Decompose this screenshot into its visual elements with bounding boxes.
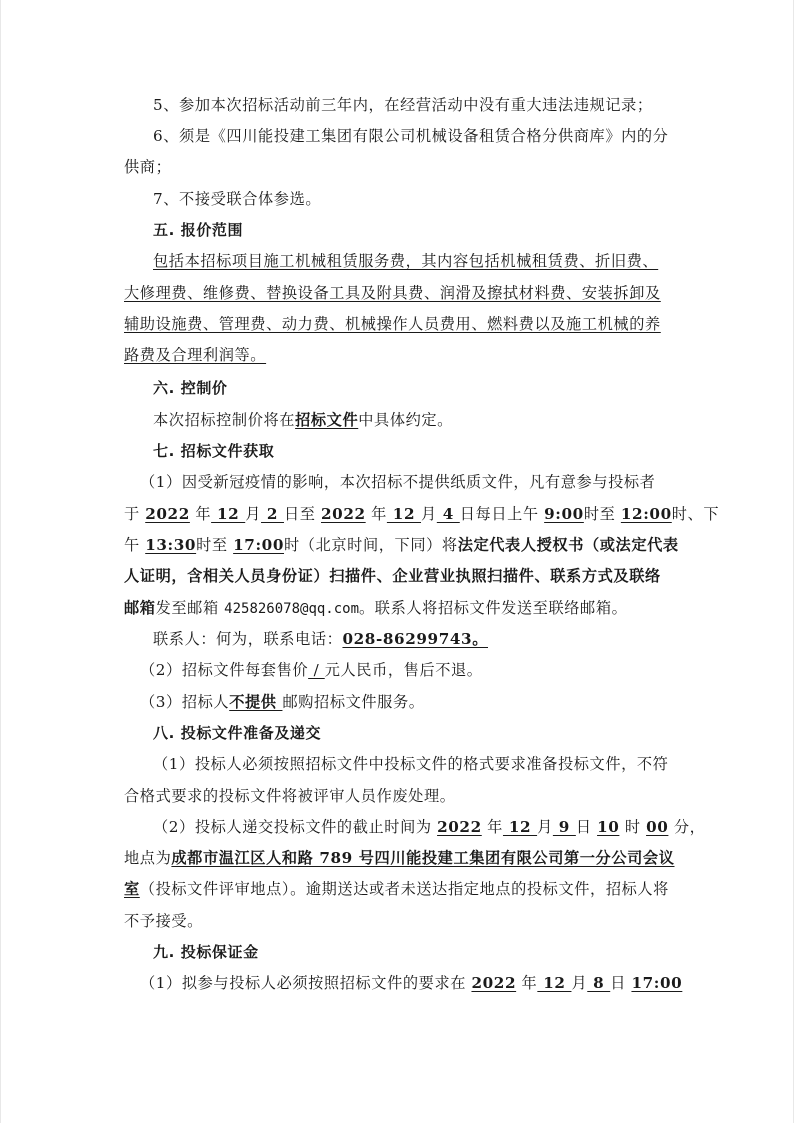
text: 时（北京时间，下同）将 bbox=[284, 536, 458, 554]
deadline-minute: 00 bbox=[646, 818, 668, 836]
section-7-p1-line-5: 邮箱发至邮箱 425826078@qq.com。联系人将招标文件发送至联络邮箱。 bbox=[124, 596, 672, 620]
section-5-heading: 五. 报价范围 bbox=[153, 218, 701, 242]
text: 年 bbox=[190, 505, 211, 523]
morning-end-time: 12:00 bbox=[621, 505, 672, 523]
deposit-day: 8 bbox=[587, 974, 610, 992]
mail-order-status: 不提供 bbox=[229, 693, 282, 711]
item-6-line-2: 供商； bbox=[124, 155, 672, 179]
text: 日至 bbox=[284, 505, 321, 523]
section-7-p1-line-4: 人证明，含相关人员身份证）扫描件、企业营业执照扫描件、联系方式及联络 bbox=[124, 564, 672, 588]
end-month: 12 bbox=[387, 505, 421, 523]
text: 日 bbox=[576, 818, 597, 836]
section-5-line-4: 路费及合理利润等。 bbox=[124, 343, 672, 367]
deadline-year: 2022 bbox=[437, 818, 482, 836]
text: 月 bbox=[537, 818, 553, 836]
afternoon-end-time: 17:00 bbox=[233, 536, 284, 554]
text: 午 bbox=[124, 536, 145, 554]
section-6-heading: 六. 控制价 bbox=[153, 376, 701, 400]
section-5-line-1: 包括本招标项目施工机械租赁服务费，其内容包括机械租赁费、折旧费、 bbox=[153, 249, 701, 273]
deposit-month: 12 bbox=[537, 974, 571, 992]
section-6-prefix: 本次招标控制价将在 bbox=[153, 411, 295, 429]
document-price: / bbox=[308, 661, 325, 679]
item-7: 7、不接受联合体参选。 bbox=[153, 187, 701, 211]
contact-phone: 028-86299743。 bbox=[342, 630, 488, 648]
text: 于 bbox=[124, 505, 145, 523]
section-9-heading: 九. 投标保证金 bbox=[153, 940, 701, 964]
text: 分， bbox=[668, 818, 705, 836]
email-link[interactable]: 425826078@qq.com bbox=[224, 601, 359, 617]
deadline-hour: 10 bbox=[597, 818, 619, 836]
item-6-line-1: 6、须是《四川能投建工集团有限公司机械设备租赁合格分供商库》内的分 bbox=[153, 124, 701, 148]
text: 日每日上午 bbox=[460, 505, 544, 523]
item-5: 5、参加本次招标活动前三年内，在经营活动中没有重大违法违规记录； bbox=[153, 93, 701, 117]
contact-label: 联系人：何为，联系电话： bbox=[153, 630, 342, 648]
text: （1）拟参与投标人必须按照招标文件的要求在 bbox=[140, 974, 471, 992]
section-8-p2-line-1: （2）投标人递交投标文件的截止时间为 2022 年 12 月 9 日 10 时 … bbox=[153, 815, 701, 839]
section-8-p2-line-4: 不予接受。 bbox=[124, 909, 672, 933]
start-year: 2022 bbox=[145, 505, 190, 523]
text: 邮购招标文件服务。 bbox=[282, 693, 424, 711]
start-month: 12 bbox=[211, 505, 245, 523]
section-5-line-2: 大修理费、维修费、替换设备工具及附具费、润滑及擦拭材料费、安装拆卸及 bbox=[124, 281, 672, 305]
submission-location-end: 室 bbox=[124, 880, 140, 898]
morning-start-time: 9:00 bbox=[544, 505, 584, 523]
section-5-line-3: 辅助设施费、管理费、动力费、机械操作人员费用、燃料费以及施工机械的养 bbox=[124, 312, 672, 336]
end-day: 4 bbox=[437, 505, 460, 523]
deposit-time: 17:00 bbox=[631, 974, 682, 992]
text: 时至 bbox=[584, 505, 621, 523]
text: 日 bbox=[610, 974, 631, 992]
contact-line: 联系人：何为，联系电话：028-86299743。 bbox=[153, 627, 701, 651]
text: 时、下 bbox=[672, 505, 719, 523]
text: 月 bbox=[571, 974, 587, 992]
section-7-p1-line-3: 午 13:30时至 17:00时（北京时间，下同）将法定代表人授权书（或法定代表 bbox=[124, 533, 672, 557]
text: （投标文件评审地点）。逾期送达或者未送达指定地点的投标文件，招标人将 bbox=[140, 880, 669, 898]
section-7-heading: 七. 招标文件获取 bbox=[153, 439, 701, 463]
text: 时至 bbox=[196, 536, 233, 554]
document-page: 5、参加本次招标活动前三年内，在经营活动中没有重大违法违规记录； 6、须是《四川… bbox=[0, 0, 794, 1123]
submission-location: 成都市温江区人和路 789 号四川能投建工集团有限公司第一分公司会议 bbox=[171, 849, 674, 867]
text: 年 bbox=[482, 818, 503, 836]
text: 。联系人将招标文件发送至联络邮箱。 bbox=[359, 599, 627, 617]
section-7-p1-line-1: （1）因受新冠疫情的影响，本次招标不提供纸质文件，凡有意参与投标者 bbox=[140, 470, 688, 494]
deadline-day: 9 bbox=[553, 818, 576, 836]
text: 月 bbox=[245, 505, 261, 523]
section-9-p1-line-1: （1）拟参与投标人必须按照招标文件的要求在 2022 年 12 月 8 日 17… bbox=[140, 971, 688, 995]
section-7-p2: （2）招标文件每套售价 / 元人民币，售后不退。 bbox=[140, 658, 688, 682]
text: （3）招标人 bbox=[140, 693, 229, 711]
section-8-p2-line-2: 地点为成都市温江区人和路 789 号四川能投建工集团有限公司第一分公司会议 bbox=[124, 846, 672, 870]
section-6-text: 本次招标控制价将在招标文件中具体约定。 bbox=[153, 408, 701, 432]
afternoon-start-time: 13:30 bbox=[145, 536, 196, 554]
section-7-p3: （3）招标人不提供 邮购招标文件服务。 bbox=[140, 690, 688, 714]
text: 地点为 bbox=[124, 849, 171, 867]
text: 时 bbox=[619, 818, 646, 836]
section-7-p1-line-2: 于 2022 年 12 月 2 日至 2022 年 12 月 4 日每日上午 9… bbox=[124, 502, 672, 526]
section-6-suffix: 中具体约定。 bbox=[358, 411, 453, 429]
text: （2）投标人递交投标文件的截止时间为 bbox=[153, 818, 437, 836]
text: 发至邮箱 bbox=[156, 599, 225, 617]
text: 年 bbox=[366, 505, 387, 523]
section-8-p1-line-1: （1）投标人必须按照招标文件中投标文件的格式要求准备投标文件，不符 bbox=[153, 752, 701, 776]
required-docs: 法定代表人授权书（或法定代表 bbox=[458, 536, 679, 554]
end-year: 2022 bbox=[321, 505, 366, 523]
text: 月 bbox=[421, 505, 437, 523]
text: 元人民币，售后不退。 bbox=[325, 661, 483, 679]
deposit-year: 2022 bbox=[471, 974, 516, 992]
bidding-document-ref: 招标文件 bbox=[295, 411, 358, 429]
section-8-heading: 八. 投标文件准备及递交 bbox=[153, 721, 701, 745]
text: 年 bbox=[516, 974, 537, 992]
section-8-p1-line-2: 合格式要求的投标文件将被评审人员作废处理。 bbox=[124, 784, 672, 808]
text: （2）招标文件每套售价 bbox=[140, 661, 308, 679]
deadline-month: 12 bbox=[503, 818, 537, 836]
start-day: 2 bbox=[261, 505, 284, 523]
text: 邮箱 bbox=[124, 599, 156, 617]
section-8-p2-line-3: 室（投标文件评审地点）。逾期送达或者未送达指定地点的投标文件，招标人将 bbox=[124, 877, 672, 901]
